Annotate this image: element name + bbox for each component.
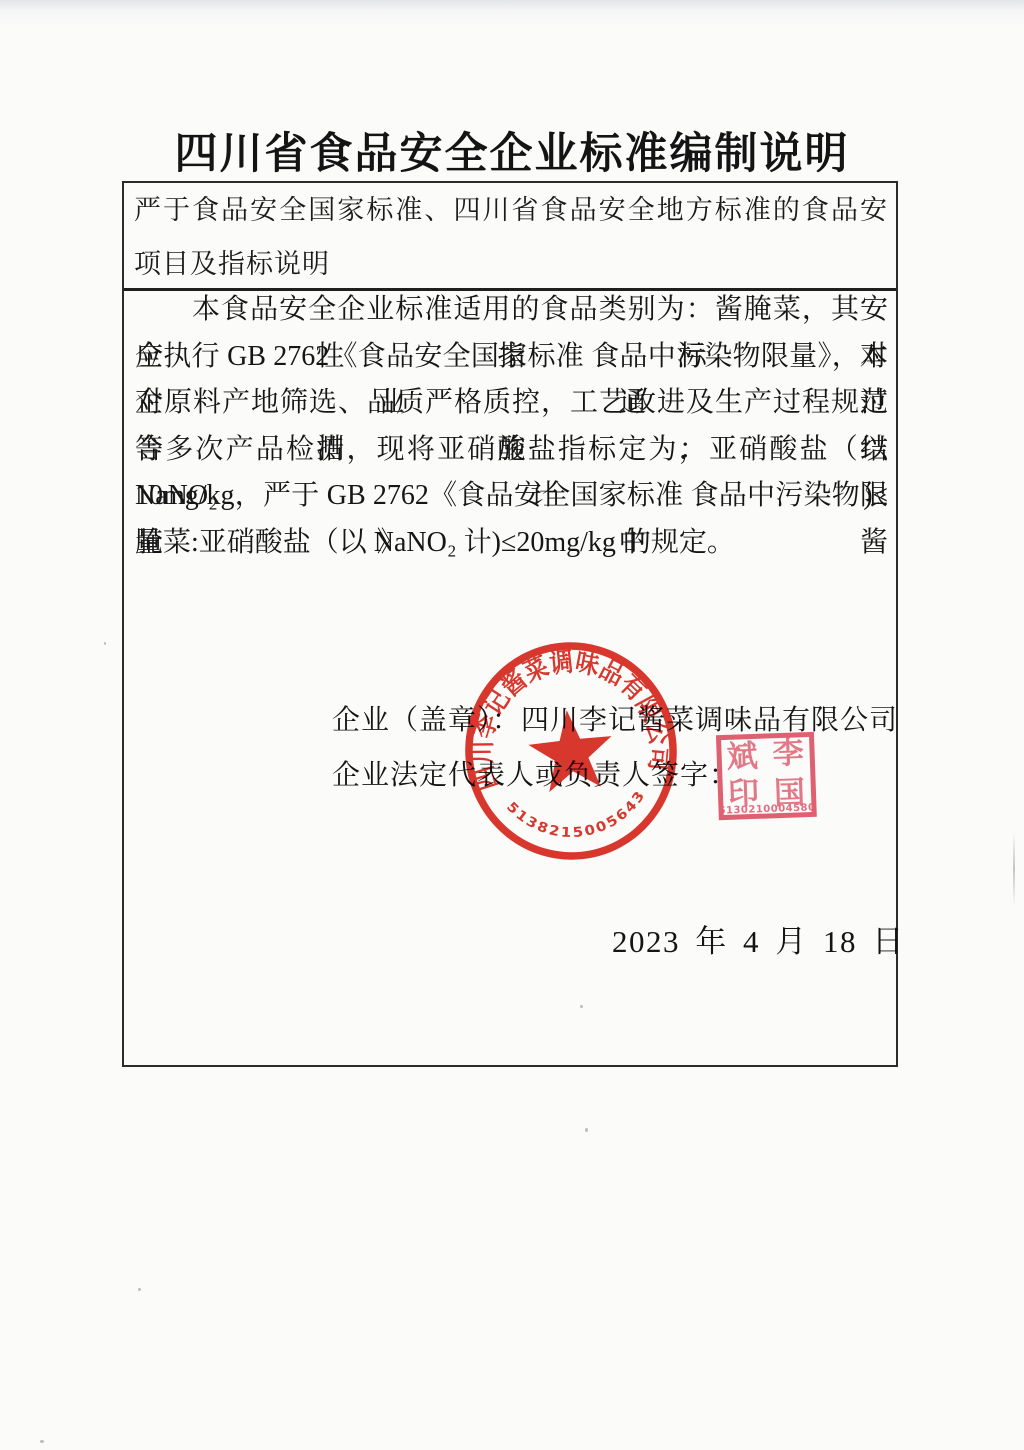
form-header-cell: 严于食品安全国家标准、四川省食品安全地方标准的食品安全 项目及指标说明 xyxy=(124,183,896,291)
body-text-line: 10mg/kg，严于 GB 2762《食品安全国家标准 食品中污染物限量》中酱 xyxy=(135,473,888,520)
scan-speck xyxy=(138,1288,141,1291)
form-header-line1: 严于食品安全国家标准、四川省食品安全地方标准的食品安全 xyxy=(134,183,888,237)
form-header-line2: 项目及指标说明 xyxy=(134,237,888,291)
star-icon xyxy=(525,706,616,794)
body-text-line: 对原料产地筛选、品质严格质控，工艺改进及生产过程规范等措施，结 xyxy=(135,380,888,427)
document-date: 2023 年 4 月 18 日 xyxy=(612,916,905,961)
body-text-line: 合多次产品检测，现将亚硝酸盐指标定为：亚硝酸盐（以 NaNO₂ 计)≤ xyxy=(135,427,888,474)
scan-speck xyxy=(580,1005,583,1008)
scanned-document-page: 四川省食品安全企业标准编制说明 严于食品安全国家标准、四川省食品安全地方标准的食… xyxy=(0,0,1024,1450)
document-title: 四川省食品安全企业标准编制说明 xyxy=(0,120,1024,181)
name-seal-char-top-right: 李 xyxy=(772,735,804,771)
form-body-cell: 本食品安全企业标准适用的食品类别为：酱腌菜，其安全性指标对 应执行 GB 276… xyxy=(135,287,888,566)
scan-edge-shadow xyxy=(0,0,1024,26)
round-company-seal-stamp: 四川李记酱菜调味品有限公司 5138215005643 xyxy=(449,629,693,873)
scan-speck xyxy=(104,642,106,645)
scan-speck xyxy=(40,1440,44,1443)
square-name-seal-stamp: 斌 李 印 国 5130210004580 xyxy=(714,730,819,828)
body-text-line: 本食品安全企业标准适用的食品类别为：酱腌菜，其安全性指标对 xyxy=(135,287,888,334)
scan-speck xyxy=(585,1128,588,1132)
scan-edge-artifact xyxy=(1013,832,1015,906)
body-text-line: 应执行 GB 2762《食品安全国家标准 食品中污染物限量》，本企业通过 xyxy=(135,334,888,381)
name-seal-char-top-left: 斌 xyxy=(726,738,758,774)
